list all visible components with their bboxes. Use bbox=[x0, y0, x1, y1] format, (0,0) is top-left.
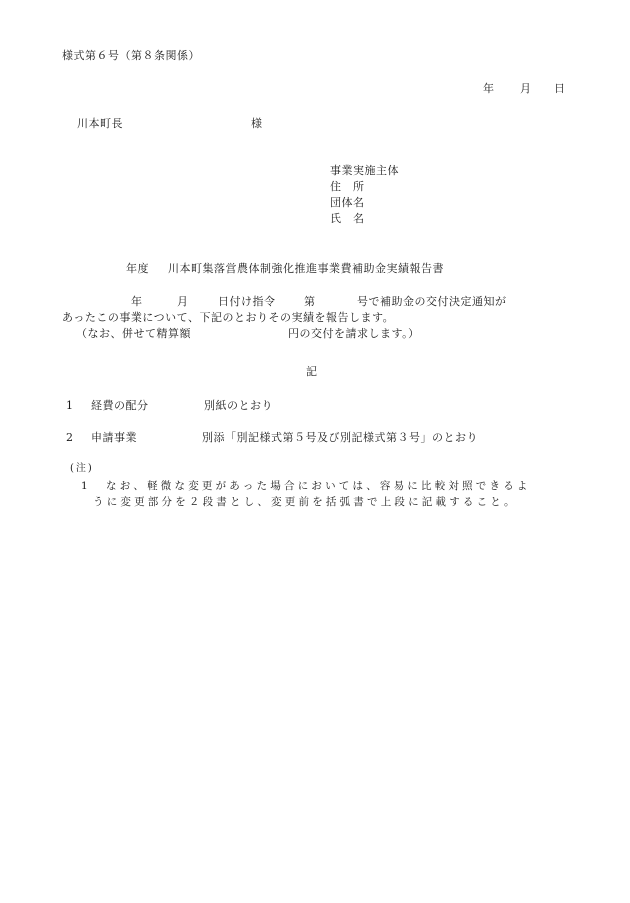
body-number-suffix: 号で補助金の交付決定通知が bbox=[357, 295, 507, 309]
body-month: 月 bbox=[177, 295, 189, 309]
body-day-ref: 日付け指令 bbox=[218, 295, 276, 309]
applicant-address-label: 住 所 bbox=[330, 180, 365, 194]
note-number: 1 bbox=[81, 479, 91, 493]
title-fiscal-year: 年度 bbox=[126, 262, 149, 276]
ki-heading: 記 bbox=[306, 365, 318, 379]
item-number: 2 bbox=[66, 431, 74, 445]
body-number-prefix: 第 bbox=[304, 295, 316, 309]
item-number: 1 bbox=[66, 399, 74, 413]
body-line-3-end: 円の交付を請求します。） bbox=[288, 327, 420, 341]
applicant-group-label: 団体名 bbox=[330, 196, 365, 210]
body-year: 年 bbox=[131, 295, 143, 309]
addressee-name: 川本町長 bbox=[77, 117, 123, 131]
body-line-2: あったこの事業について、下記のとおりその実績を報告します。 bbox=[62, 311, 394, 325]
note-line-1: なお、軽微な変更があった場合においては、容易に比較対照できるよ bbox=[106, 479, 531, 493]
date-day-label: 日 bbox=[554, 82, 566, 96]
note-line-2: うに変更部分を２段書とし、変更前を括弧書で上段に記載すること。 bbox=[93, 495, 518, 509]
date-year-label: 年 bbox=[483, 82, 495, 96]
title-text: 川本町集落営農体制強化推進事業費補助金実績報告書 bbox=[168, 262, 444, 276]
date-month-label: 月 bbox=[520, 82, 532, 96]
notes-heading: (注) bbox=[70, 462, 94, 476]
form-label: 様式第６号（第８条関係） bbox=[62, 49, 200, 63]
body-line-3-start: （なお、併せて精算額 bbox=[76, 327, 191, 341]
applicant-entity-label: 事業実施主体 bbox=[330, 164, 399, 178]
item-label: 経費の配分 bbox=[91, 399, 149, 413]
addressee-honorific: 様 bbox=[251, 117, 263, 131]
item-label: 申請事業 bbox=[91, 431, 137, 445]
item-value: 別添「別記様式第５号及び別記様式第３号」のとおり bbox=[202, 431, 478, 445]
item-value: 別紙のとおり bbox=[204, 399, 273, 413]
applicant-name-label: 氏 名 bbox=[330, 212, 365, 226]
